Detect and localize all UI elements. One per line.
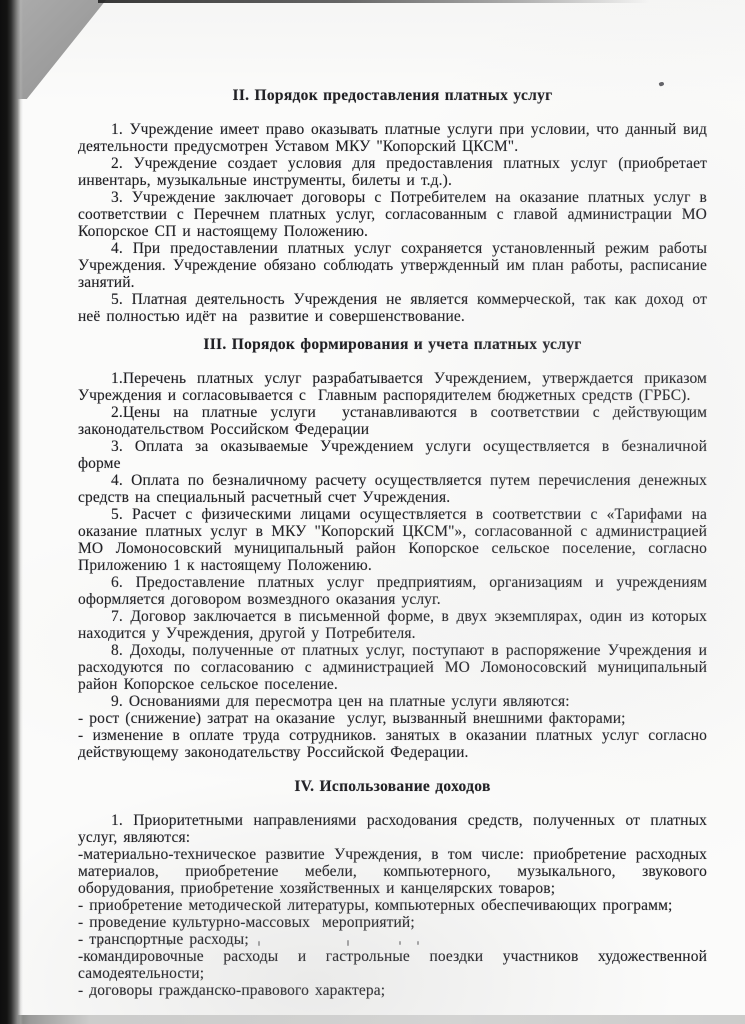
list-item: -командировочные расходы и гастрольные п… [78,948,707,982]
paragraph: 1. Приоритетными направлениями расходова… [78,812,707,846]
scanned-page: II. Порядок предоставления платных услуг… [0,0,745,1024]
list-item: - транспортные расходы; [78,931,707,948]
section-ii: II. Порядок предоставления платных услуг… [78,87,707,325]
noise-mark [100,941,102,946]
list-item: - приобретение методической литературы, … [78,897,707,914]
paragraph: 1.Перечень платных услуг разрабатывается… [78,370,707,404]
section-iii: III. Порядок формирования и учета платны… [78,336,707,761]
list-item: -материально-техническое развитие Учрежд… [78,846,707,897]
paragraph: 9. Основаниями для пересмотра цен на пла… [78,693,707,710]
noise-mark [258,941,260,946]
ink-speck [658,81,664,87]
paragraph: 2. Учреждение создает условия для предос… [78,155,707,189]
paragraph: 4. Оплата по безналичному расчету осущес… [78,472,707,506]
paragraph: 8. Доходы, полученные от платных услуг, … [78,642,707,693]
paragraph: 7. Договор заключается в письменной форм… [78,608,707,642]
noise-mark [347,940,349,946]
noise-mark [399,941,401,945]
page-bottom-edge-shadow [0,1015,745,1024]
page-top-edge-shadow [98,0,650,3]
paragraph: 1. Учреждение имеет право оказывать плат… [78,121,707,155]
section-iii-heading: III. Порядок формирования и учета платны… [78,336,707,353]
section-ii-heading: II. Порядок предоставления платных услуг [78,87,707,104]
noise-mark [417,941,419,945]
paragraph: 5. Расчет с физическими лицами осуществл… [78,506,707,574]
paragraph: 4. При предоставлении платных услуг сохр… [78,240,707,291]
page-corner-fold [16,0,106,99]
list-item: - изменение в оплате труда сотрудников. … [78,727,707,761]
noise-mark [134,940,136,946]
list-item: - проведение культурно-массовых мероприя… [78,914,707,931]
paragraph: 3. Оплата за оказываемые Учреждением усл… [78,438,707,472]
paragraph: 6. Предоставление платных услуг предприя… [78,574,707,608]
paragraph: 5. Платная деятельность Учреждения не яв… [78,291,707,325]
document-body: II. Порядок предоставления платных услуг… [78,87,707,999]
paragraph: 2.Цены на платные услуги устанавливаются… [78,404,707,438]
list-item: - договоры гражданско-правового характер… [78,982,707,999]
noise-mark [168,941,170,946]
section-iv: IV. Использование доходов 1. Приоритетны… [78,778,707,999]
section-iv-heading: IV. Использование доходов [78,778,707,795]
paragraph: 3. Учреждение заключает договоры с Потре… [78,189,707,240]
scan-edge-left [0,0,23,1024]
list-item: - рост (снижение) затрат на оказание усл… [78,710,707,727]
